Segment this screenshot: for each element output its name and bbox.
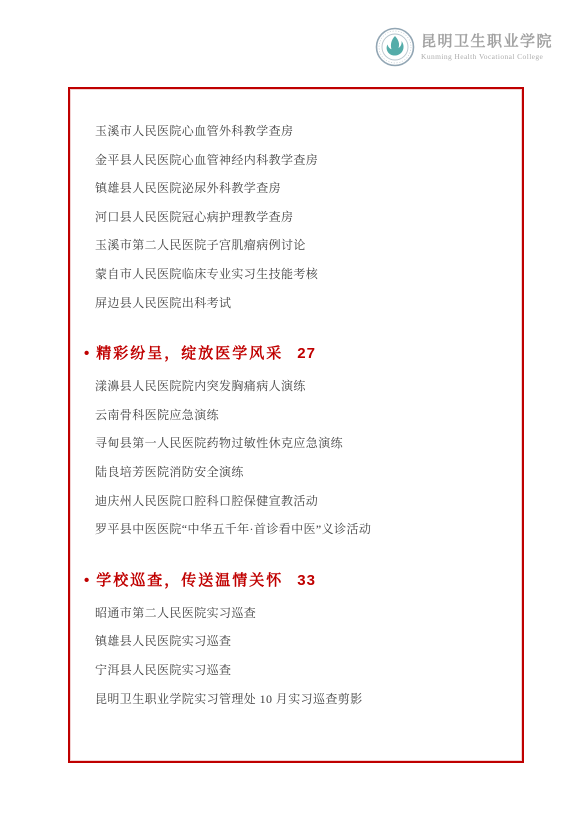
toc-entry: 屏边县人民医院出科考试 [95, 289, 512, 318]
section-heading: • 精彩纷呈，绽放医学风采 27 [84, 341, 512, 367]
toc-entry: 金平县人民医院心血管神经内科教学查房 [95, 146, 512, 175]
toc-entry: 漾濞县人民医院院内突发胸痛病人演练 [95, 372, 512, 401]
toc-entry: 玉溪市第二人民医院子宫肌瘤病例讨论 [95, 231, 512, 260]
toc-entry: 罗平县中医医院“中华五千年·首诊看中医”义诊活动 [95, 515, 512, 544]
college-logo: 昆明卫生职业学院 Kunming Health Vocational Colle… [375, 27, 553, 67]
toc-entry: 昆明卫生职业学院实习管理处 10 月实习巡查剪影 [95, 685, 512, 714]
section-page-number: 33 [297, 568, 316, 594]
toc-section-highlights: • 精彩纷呈，绽放医学风采 27 漾濞县人民医院院内突发胸痛病人演练 云南骨科医… [95, 341, 512, 544]
section-heading: • 学校巡查，传送温情关怀 33 [84, 568, 512, 594]
bullet-icon: • [84, 568, 89, 594]
toc-entry: 河口县人民医院冠心病护理教学查房 [95, 203, 512, 232]
toc-entry: 玉溪市人民医院心血管外科教学查房 [95, 117, 512, 146]
college-name-zh: 昆明卫生职业学院 [421, 32, 553, 52]
toc-entry: 宁洱县人民医院实习巡查 [95, 656, 512, 685]
section-title: 精彩纷呈，绽放医学风采 [96, 341, 283, 367]
toc-entry: 蒙自市人民医院临床专业实习生技能考核 [95, 260, 512, 289]
table-of-contents: 玉溪市人民医院心血管外科教学查房 金平县人民医院心血管神经内科教学查房 镇雄县人… [70, 89, 522, 713]
toc-entry: 云南骨科医院应急演练 [95, 401, 512, 430]
toc-entry: 昭通市第二人民医院实习巡查 [95, 599, 512, 628]
section-title: 学校巡查，传送温情关怀 [96, 568, 283, 594]
college-name-en: Kunming Health Vocational College [421, 52, 553, 62]
toc-entry: 镇雄县人民医院实习巡查 [95, 627, 512, 656]
content-frame: 玉溪市人民医院心血管外科教学查房 金平县人民医院心血管神经内科教学查房 镇雄县人… [68, 87, 524, 763]
college-name-block: 昆明卫生职业学院 Kunming Health Vocational Colle… [421, 32, 553, 62]
toc-entry: 迪庆州人民医院口腔科口腔保健宣教活动 [95, 487, 512, 516]
section-page-number: 27 [297, 341, 316, 367]
college-seal-icon [375, 27, 415, 67]
bullet-icon: • [84, 341, 89, 367]
toc-entry: 寻甸县第一人民医院药物过敏性休克应急演练 [95, 429, 512, 458]
toc-entry: 镇雄县人民医院泌尿外科教学查房 [95, 174, 512, 203]
toc-section-inspection: • 学校巡查，传送温情关怀 33 昭通市第二人民医院实习巡查 镇雄县人民医院实习… [95, 568, 512, 713]
toc-entry: 陆良培芳医院消防安全演练 [95, 458, 512, 487]
